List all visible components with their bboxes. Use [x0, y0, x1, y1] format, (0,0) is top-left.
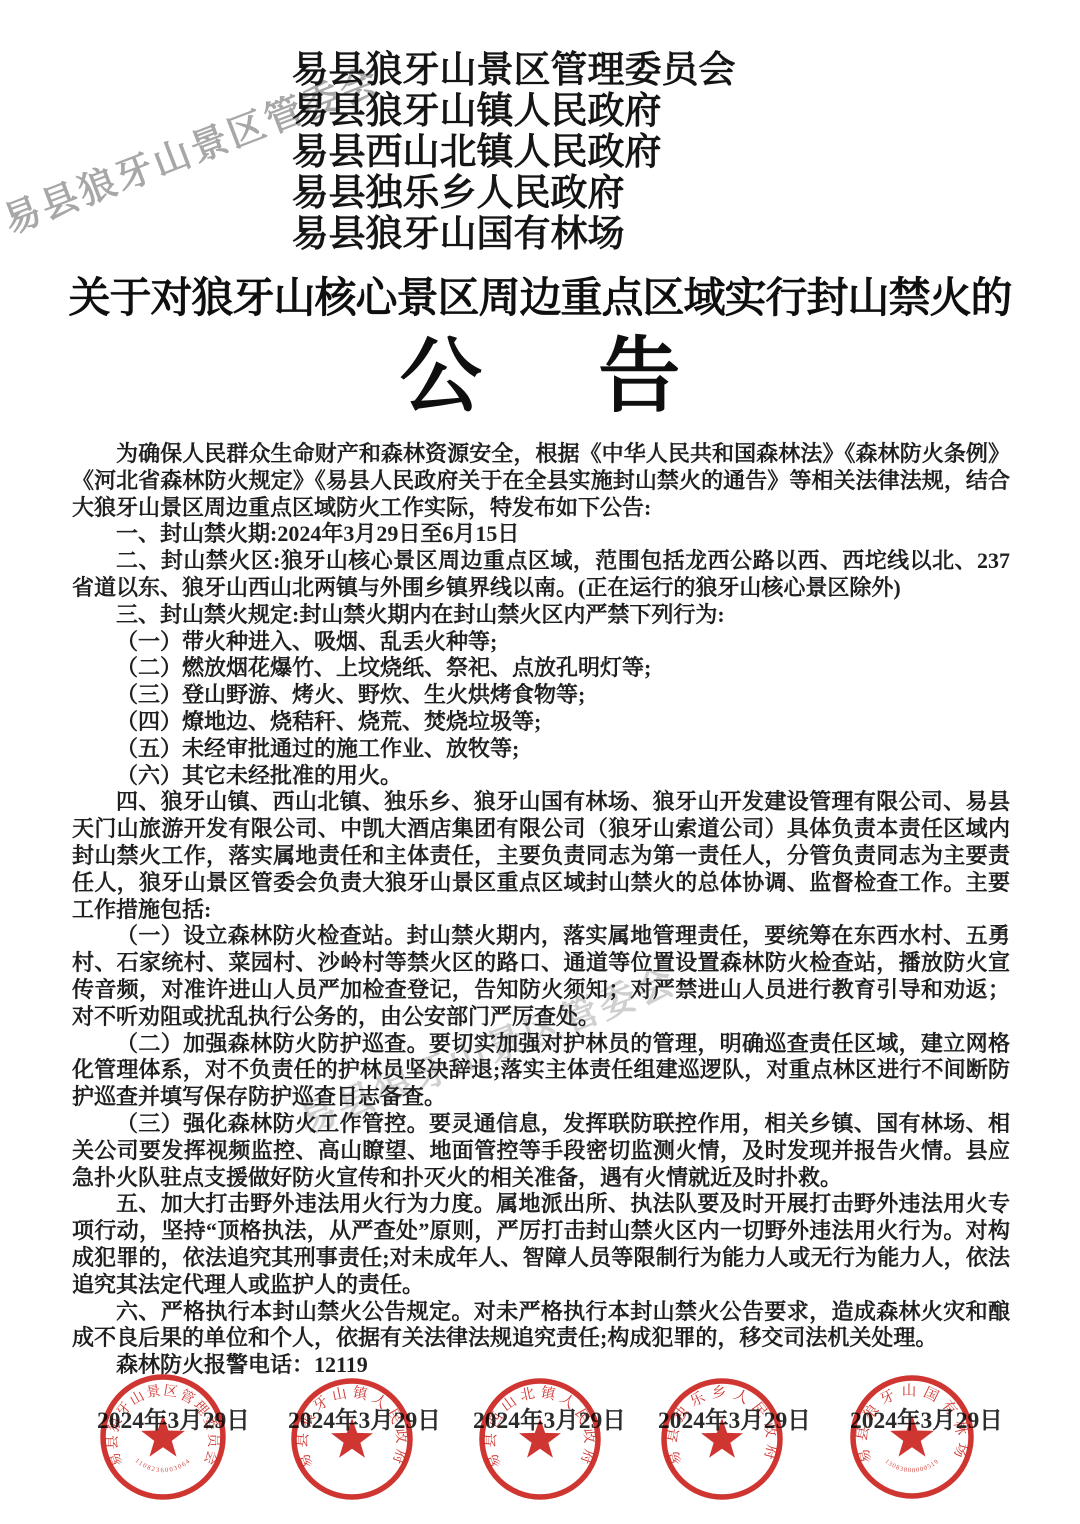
- measure-1: （一）设立森林防火检查站。封山禁火期内，落实属地管理责任，要统筹在东西水村、五勇…: [72, 923, 1010, 1030]
- svg-text:13083800000519: 13083800000519: [883, 1458, 940, 1474]
- prohibited-act-2: （二）燃放烟花爆竹、上坟烧纸、祭祀、点放孔明灯等;: [72, 655, 1010, 682]
- issuing-organizations: 易县狼牙山景区管理委员会 易县狼牙山镇人民政府 易县西山北镇人民政府 易县独乐乡…: [292, 50, 789, 255]
- notice-document-page: 易县狼牙山景区管委会 易县狼牙山景区管委会 易县狼牙山景区管理委员会 易县狼牙山…: [0, 0, 1080, 1524]
- paragraph-item-4: 四、狼牙山镇、西山北镇、独乐乡、狼牙山国有林场、狼牙山开发建设管理有限公司、易县…: [72, 789, 1010, 923]
- paragraph-item-2: 二、封山禁火区:狼牙山核心景区周边重点区域，范围包括龙西公路以西、西坨线以北、2…: [72, 548, 1010, 602]
- notice-body: 为确保人民群众生命财产和森林资源安全，根据《中华人民共和国森林法》《森林防火条例…: [0, 441, 1080, 1379]
- official-seal-xishanbei-town: 易县西山北镇人民政府: [475, 1374, 605, 1504]
- measure-3: （三）强化森林防火工作管控。要灵通信息，发挥联防联控作用，相关乡镇、国有林场、相…: [72, 1111, 1010, 1191]
- official-seal-langyashan-town: 易县狼牙山镇人民政府: [287, 1374, 417, 1504]
- seal-date-5: 2024年3月29日: [850, 1401, 1003, 1435]
- seal-date-2: 2024年3月29日: [288, 1401, 441, 1435]
- document-title: 关于对狼牙山核心景区周边重点区域实行封山禁火的: [0, 271, 1080, 327]
- seal-serial-number: 1108236003064: [134, 1457, 193, 1474]
- org-line-5: 易县狼牙山国有林场: [292, 214, 789, 255]
- prohibited-act-1: （一）带火种进入、吸烟、乱丢火种等;: [72, 629, 1010, 656]
- paragraph-item-5: 五、加大打击野外违法用火行为力度。属地派出所、执法队要及时开展打击野外违法用火专…: [72, 1191, 1010, 1298]
- org-line-1: 易县狼牙山景区管理委员会: [292, 50, 789, 91]
- document-title-announcement: 公 告: [0, 327, 1080, 427]
- seal-date-1: 2024年3月29日: [97, 1401, 250, 1435]
- paragraph-intro: 为确保人民群众生命财产和森林资源安全，根据《中华人民共和国森林法》《森林防火条例…: [72, 441, 1010, 521]
- org-line-3: 易县西山北镇人民政府: [292, 132, 789, 173]
- measure-2: （二）加强森林防火防护巡查。要切实加强对护林员的管理，明确巡查责任区域，建立网格…: [72, 1031, 1010, 1111]
- seal-date-3: 2024年3月29日: [473, 1401, 626, 1435]
- org-line-4: 易县独乐乡人民政府: [292, 173, 789, 214]
- paragraph-item-6: 六、严格执行本封山禁火公告规定。对未严格执行本封山禁火公告要求，造成森林火灾和酿…: [72, 1299, 1010, 1353]
- prohibited-act-6: （六）其它未经批准的用火。: [72, 763, 1010, 790]
- seal-date-4: 2024年3月29日: [658, 1401, 811, 1435]
- svg-text:1108236003064: 1108236003064: [134, 1457, 193, 1474]
- official-seal-dule-township: 易县独乐乡人民政府: [657, 1374, 787, 1504]
- official-seal-state-forest-farm: 易县狼牙山国有林场 13083800000519: [847, 1372, 977, 1502]
- prohibited-act-5: （五）未经审批通过的施工作业、放牧等;: [72, 736, 1010, 763]
- official-seal-scenic-area-committee: 易县狼牙山景区管理委员会 1108236003064: [98, 1372, 228, 1502]
- paragraph-item-1: 一、封山禁火期:2024年3月29日至6月15日: [72, 521, 1010, 548]
- seal-serial-number: 13083800000519: [883, 1458, 940, 1474]
- paragraph-item-3: 三、封山禁火规定:封山禁火期内在封山禁火区内严禁下列行为:: [72, 602, 1010, 629]
- prohibited-act-3: （三）登山野游、烤火、野炊、生火烘烤食物等;: [72, 682, 1010, 709]
- prohibited-act-4: （四）燎地边、烧秸秆、烧荒、焚烧垃圾等;: [72, 709, 1010, 736]
- org-line-2: 易县狼牙山镇人民政府: [292, 91, 789, 132]
